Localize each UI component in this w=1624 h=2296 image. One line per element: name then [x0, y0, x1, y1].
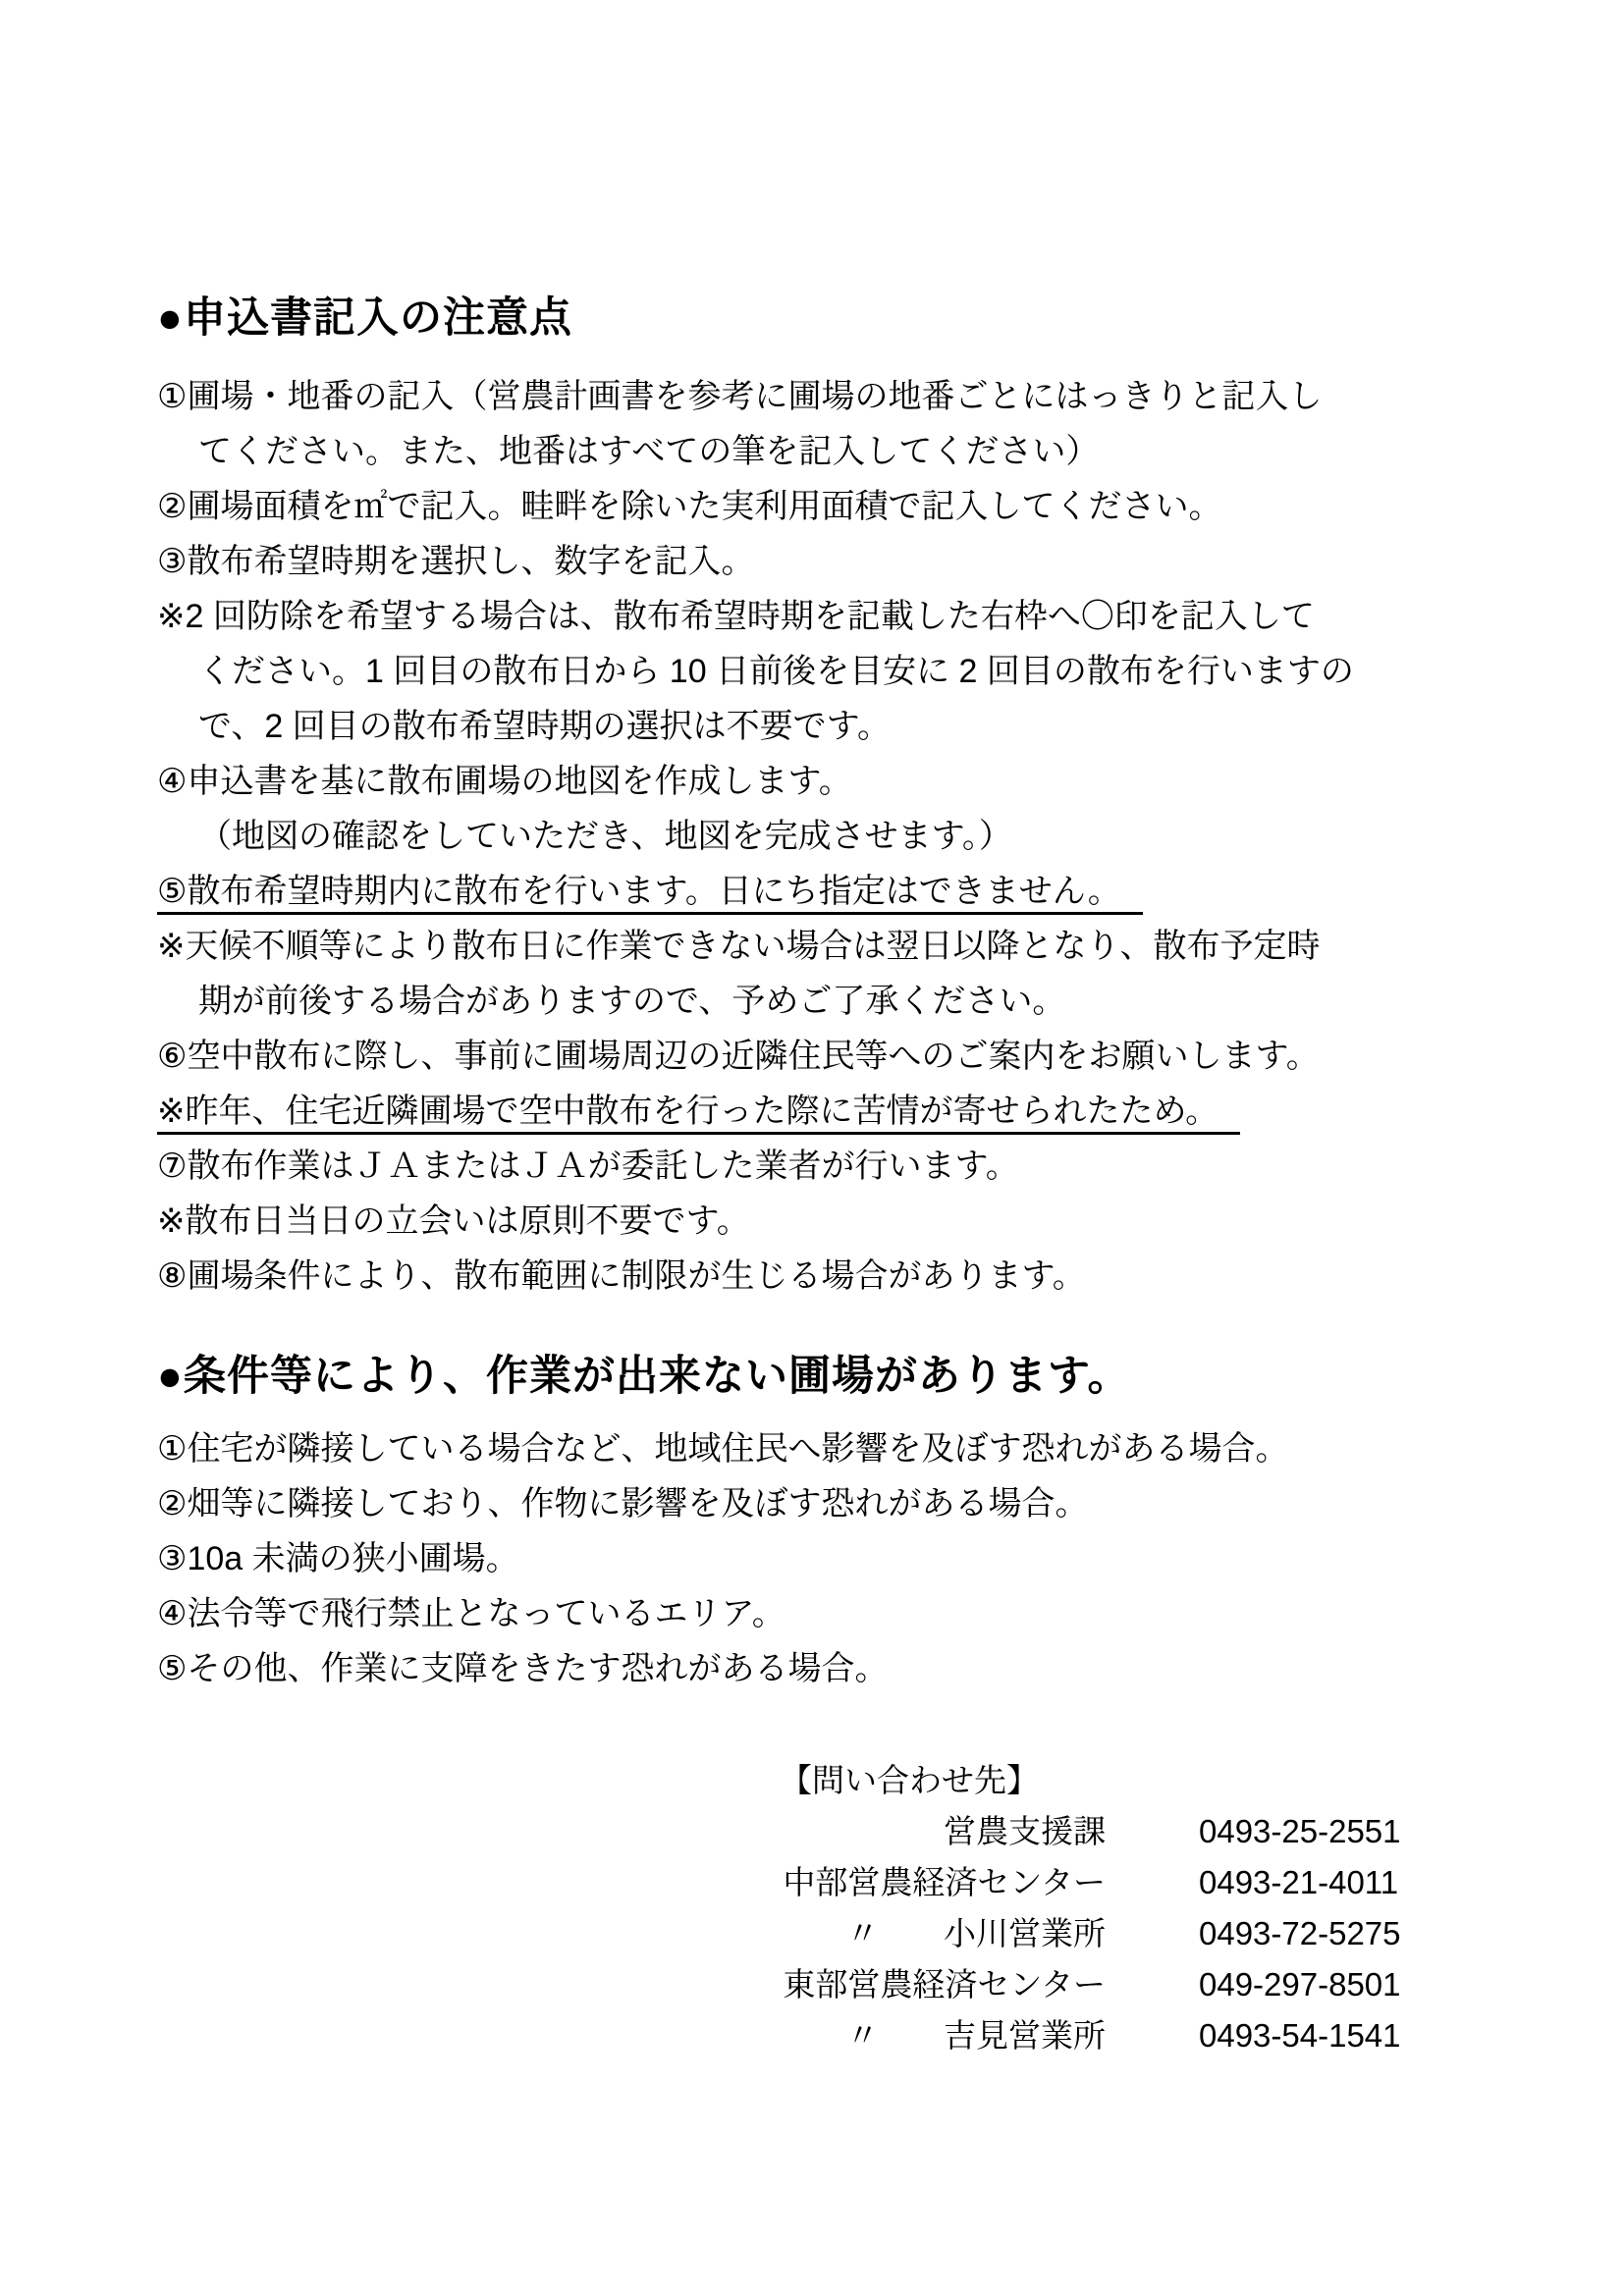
note-line-text: ④申込書を基に散布圃場の地図を作成します。	[157, 763, 852, 800]
note-line: ③散布希望時期を選択し、数字を記入。	[157, 534, 1536, 589]
note-line: ※散布日当日の立会いは原則不要です。	[157, 1194, 1536, 1249]
note-line: ⑦散布作業はＪＡまたはＪＡが委託した業者が行います。	[157, 1139, 1536, 1194]
contact-row: 〃 吉見営業所 0493-54-1541	[780, 2010, 1536, 2061]
condition-line: ④法令等で飛行禁止となっているエリア。	[157, 1586, 1536, 1641]
contact-office-label: 営農支援課	[780, 1806, 1106, 1857]
condition-line-text: ④法令等で飛行禁止となっているエリア。	[157, 1595, 785, 1632]
note-line: ⑧圃場条件により、散布範囲に制限が生じる場合があります。	[157, 1249, 1536, 1304]
note-line-text: ⑧圃場条件により、散布範囲に制限が生じる場合があります。	[157, 1257, 1086, 1295]
note-line-text: で、2 回目の散布希望時期の選択は不要です。	[198, 708, 891, 745]
contact-heading: 【問い合わせ先】	[780, 1755, 1536, 1806]
section2-notes-list: ①住宅が隣接している場合など、地域住民へ影響を及ぼす恐れがある場合。 ②畑等に隣…	[157, 1421, 1536, 1696]
note-line-text: ⑥空中散布に際し、事前に圃場周辺の近隣住民等へのご案内をお願いします。	[157, 1038, 1320, 1075]
note-line-text: ※散布日当日の立会いは原則不要です。	[157, 1202, 750, 1240]
note-line-text: ③散布希望時期を選択し、数字を記入。	[157, 543, 754, 580]
condition-line-text: ①住宅が隣接している場合など、地域住民へ影響を及ぼす恐れがある場合。	[157, 1430, 1288, 1468]
contact-section: 【問い合わせ先】 営農支援課 0493-25-2551 中部営農経済センター 0…	[780, 1755, 1536, 2061]
note-line: てください。また、地番はすべての筆を記入してください）	[157, 424, 1536, 479]
contact-row: 〃 小川営業所 0493-72-5275	[780, 1908, 1536, 1959]
contact-phone-number: 0493-25-2551	[1199, 1806, 1401, 1857]
note-line: ※2 回防除を希望する場合は、散布希望時期を記載した右枠へ〇印を記入して	[157, 589, 1536, 644]
condition-line-text: ③10a 未満の狭小圃場。	[157, 1540, 519, 1577]
note-line: ②圃場面積を㎡で記入。畦畔を除いた実利用面積で記入してください。	[157, 479, 1536, 534]
note-line-text: ⑦散布作業はＪＡまたはＪＡが委託した業者が行います。	[157, 1148, 1019, 1185]
condition-line-text: ②畑等に隣接しており、作物に影響を及ぼす恐れがある場合。	[157, 1485, 1088, 1522]
note-line-text: ①圃場・地番の記入（営農計画書を参考に圃場の地番ごとにはっきりと記入し	[157, 378, 1322, 415]
note-line-text: てください。また、地番はすべての筆を記入してください）	[198, 433, 1099, 470]
note-line-text: ください。1 回目の散布日から 10 日前後を目安に 2 回目の散布を行いますの	[198, 653, 1354, 690]
note-line: ①圃場・地番の記入（営農計画書を参考に圃場の地番ごとにはっきりと記入し	[157, 369, 1536, 424]
condition-line: ②畑等に隣接しており、作物に影響を及ぼす恐れがある場合。	[157, 1476, 1536, 1531]
condition-line: ③10a 未満の狭小圃場。	[157, 1531, 1536, 1586]
note-line-text: ※2 回防除を希望する場合は、散布希望時期を記載した右枠へ〇印を記入して	[157, 598, 1315, 635]
contact-office-label: 中部営農経済センター	[780, 1857, 1106, 1908]
note-line: で、2 回目の散布希望時期の選択は不要です。	[157, 699, 1536, 754]
note-line: ください。1 回目の散布日から 10 日前後を目安に 2 回目の散布を行いますの	[157, 644, 1536, 699]
contact-phone-number: 0493-72-5275	[1199, 1908, 1401, 1959]
note-line-text: ※天候不順等により散布日に作業できない場合は翌日以降となり、散布予定時	[157, 928, 1321, 965]
note-line: ※天候不順等により散布日に作業できない場合は翌日以降となり、散布予定時	[157, 919, 1536, 974]
contact-row: 東部営農経済センター 049-297-8501	[780, 1959, 1536, 2010]
note-line-text: ②圃場面積を㎡で記入。畦畔を除いた実利用面積で記入してください。	[157, 488, 1221, 525]
note-line: ⑤散布希望時期内に散布を行います。日にち指定はできません。	[157, 864, 1536, 919]
note-line-text: 期が前後する場合がありますので、予めご了承ください。	[198, 983, 1065, 1020]
note-line-text: （地図の確認をしていただき、地図を完成させます。）	[198, 818, 1012, 855]
contact-office-label: 〃 小川営業所	[780, 1908, 1106, 1959]
condition-line: ①住宅が隣接している場合など、地域住民へ影響を及ぼす恐れがある場合。	[157, 1421, 1536, 1476]
section1-notes-list: ①圃場・地番の記入（営農計画書を参考に圃場の地番ごとにはっきりと記入し てくださ…	[157, 369, 1536, 1304]
condition-line: ⑤その他、作業に支障をきたす恐れがある場合。	[157, 1641, 1536, 1696]
note-line: ※昨年、住宅近隣圃場で空中散布を行った際に苦情が寄せられたため。	[157, 1084, 1536, 1139]
condition-line-text: ⑤その他、作業に支障をきたす恐れがある場合。	[157, 1650, 888, 1687]
section1-heading: ●申込書記入の注意点	[157, 294, 1536, 342]
contact-phone-number: 0493-54-1541	[1199, 2010, 1401, 2061]
note-line: ④申込書を基に散布圃場の地図を作成します。	[157, 754, 1536, 809]
contact-phone-number: 049-297-8501	[1199, 1959, 1401, 2010]
note-line-text: ※昨年、住宅近隣圃場で空中散布を行った際に苦情が寄せられたため。	[157, 1093, 1240, 1135]
section2-heading: ●条件等により、作業が出来ない圃場があります。	[157, 1353, 1536, 1400]
contact-office-label: 東部営農経済センター	[780, 1959, 1106, 2010]
contact-office-label: 〃 吉見営業所	[780, 2010, 1106, 2061]
contact-row: 営農支援課 0493-25-2551	[780, 1806, 1536, 1857]
note-line: ⑥空中散布に際し、事前に圃場周辺の近隣住民等へのご案内をお願いします。	[157, 1029, 1536, 1084]
document-page: ●申込書記入の注意点 ①圃場・地番の記入（営農計画書を参考に圃場の地番ごとにはっ…	[0, 0, 1624, 2296]
note-line-text: ⑤散布希望時期内に散布を行います。日にち指定はできません。	[157, 873, 1143, 915]
contact-rows-list: 営農支援課 0493-25-2551 中部営農経済センター 0493-21-40…	[780, 1806, 1536, 2061]
note-line: （地図の確認をしていただき、地図を完成させます。）	[157, 809, 1536, 864]
contact-row: 中部営農経済センター 0493-21-4011	[780, 1857, 1536, 1908]
contact-phone-number: 0493-21-4011	[1199, 1857, 1398, 1908]
note-line: 期が前後する場合がありますので、予めご了承ください。	[157, 974, 1536, 1029]
